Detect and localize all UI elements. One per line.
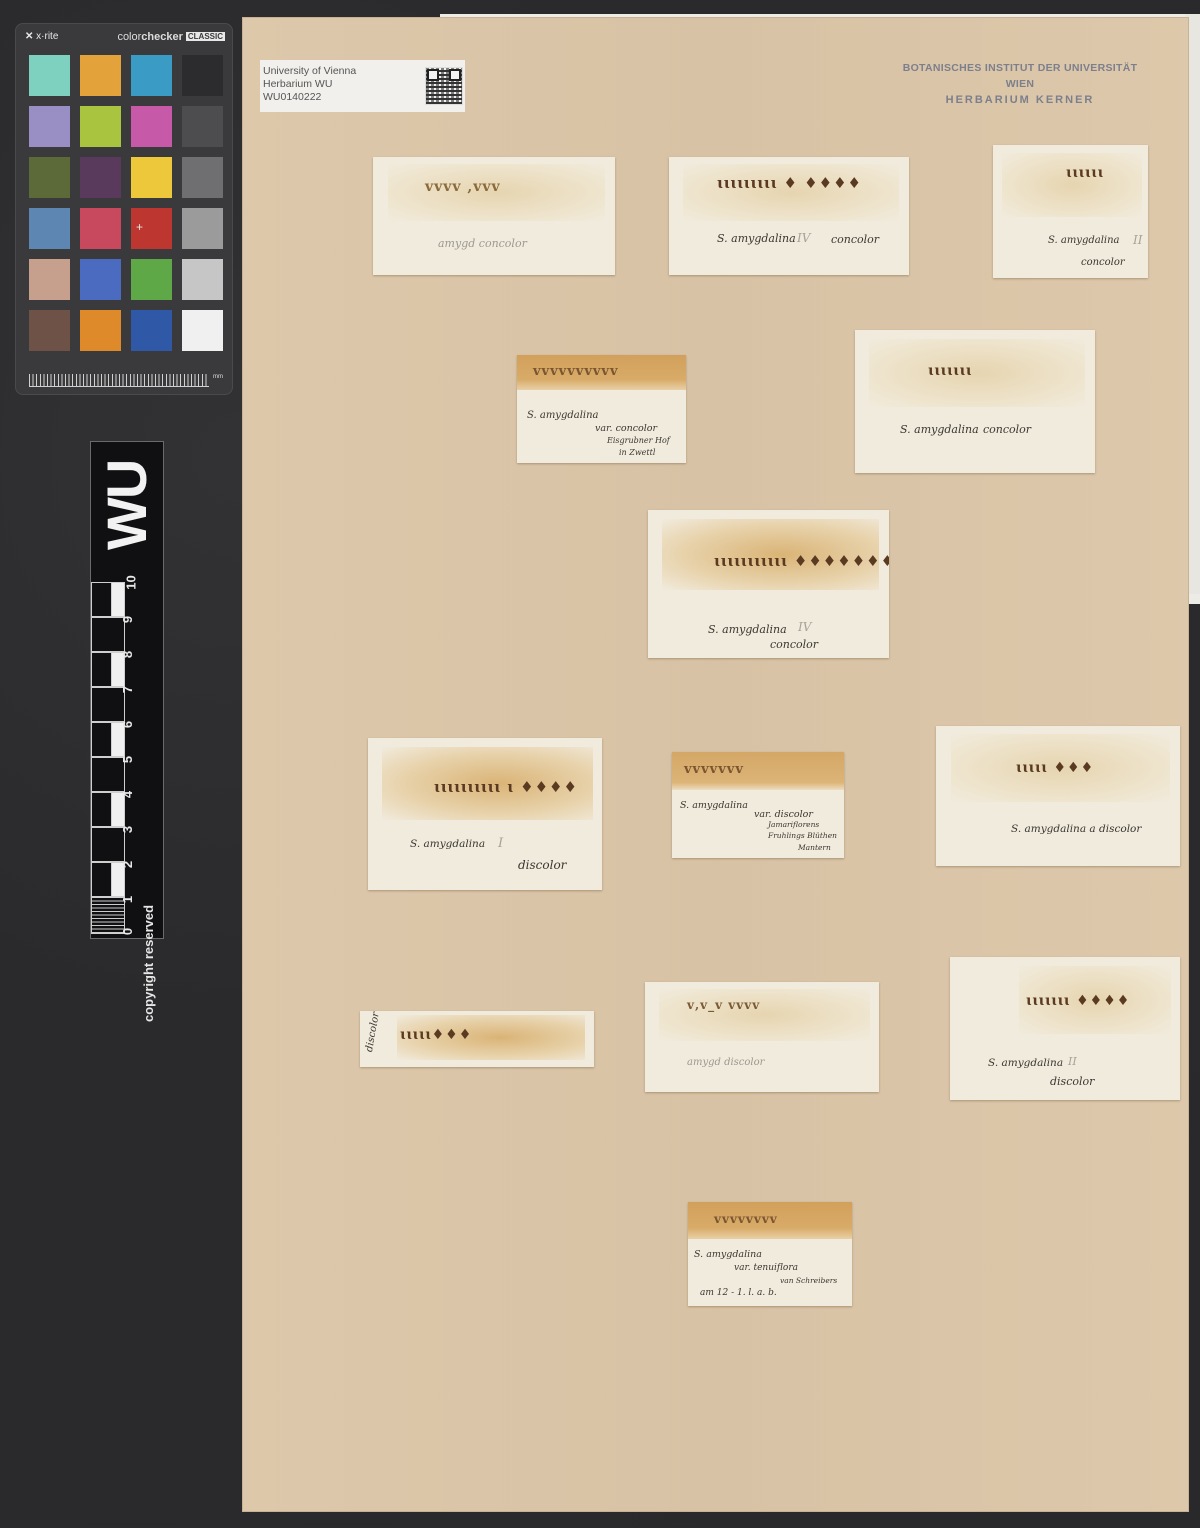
scale-bar: WU 10 9 8 7 6 5 4 3 2 1 0 copyright rese… bbox=[90, 441, 164, 939]
institution-name: University of Vienna bbox=[263, 65, 356, 78]
specimen-card: ɩɩɩɩɩɩɩɩɩɩɩ ♦♦♦♦♦♦♦♦ S. amygdalina IV co… bbox=[648, 510, 889, 658]
color-patch bbox=[182, 208, 223, 249]
herbarium-name: Herbarium WU bbox=[263, 78, 356, 91]
color-patch bbox=[182, 55, 223, 96]
color-patch-grid bbox=[29, 55, 223, 351]
specimen-card: ⅴⅴⅴⅴⅴⅴⅴⅴⅴⅴ S. amygdalina var. concolor E… bbox=[517, 355, 686, 463]
color-patch bbox=[29, 106, 70, 147]
qr-code-icon bbox=[425, 67, 463, 105]
barcode-id: WU0140222 bbox=[263, 91, 356, 104]
color-patch bbox=[80, 106, 121, 147]
colorchecker-title: colorcheckerCLASSIC bbox=[117, 31, 225, 43]
color-patch bbox=[80, 55, 121, 96]
color-patch bbox=[131, 106, 172, 147]
color-patch bbox=[131, 55, 172, 96]
color-patch bbox=[80, 259, 121, 300]
mm-ruler bbox=[29, 374, 209, 387]
ruler-unit: mm bbox=[213, 374, 223, 380]
color-patch bbox=[29, 208, 70, 249]
herbarium-stamp: BOTANISCHES INSTITUT DER UNIVERSITÄT WIE… bbox=[895, 60, 1145, 108]
color-patch bbox=[182, 106, 223, 147]
specimen-card: ɩɩɩɩɩɩɩɩɩ ♦ ♦♦♦♦ S. amygdalina IV concol… bbox=[669, 157, 909, 275]
color-patch bbox=[182, 259, 223, 300]
crosshair-icon: + bbox=[136, 221, 143, 233]
color-patch bbox=[182, 157, 223, 198]
specimen-card: ⅴⅴⅴⅴⅴⅴⅴ S. amygdalina var. discolor Jama… bbox=[672, 752, 844, 858]
color-patch bbox=[29, 55, 70, 96]
specimen-card: ⅴ,ⅴ_ⅴ ⅴⅴⅴⅴ amygd discolor bbox=[645, 982, 879, 1092]
color-patch bbox=[80, 208, 121, 249]
color-patch bbox=[29, 310, 70, 351]
xrite-logo: ✕ x·rite bbox=[25, 31, 58, 42]
specimen-card: ⅴⅴⅴⅴ ,ⅴⅴⅴ amygd concolor bbox=[373, 157, 615, 275]
specimen-card: ɩɩɩɩɩɩ S. amygdalina II concolor bbox=[993, 145, 1148, 278]
specimen-card: ɩɩɩɩɩɩɩ ♦♦♦♦ S. amygdalina II discolor bbox=[950, 957, 1180, 1100]
copyright-text: copyright reserved bbox=[141, 842, 156, 1022]
color-patch bbox=[131, 259, 172, 300]
color-patch bbox=[80, 157, 121, 198]
specimen-card: discolor ɩɩɩɩɩ♦♦♦ bbox=[360, 1011, 594, 1067]
institution-label: University of Vienna Herbarium WU WU0140… bbox=[260, 60, 465, 112]
specimen-card: ɩɩɩɩɩɩɩ S. amygdalina concolor bbox=[855, 330, 1095, 473]
color-patch bbox=[131, 157, 172, 198]
color-checker-card: ✕ x·rite colorcheckerCLASSIC + mm bbox=[15, 23, 233, 395]
specimen-card: ɩɩɩɩɩ ♦♦♦ S. amygdalina a discolor bbox=[936, 726, 1180, 866]
color-patch bbox=[131, 310, 172, 351]
color-patch bbox=[29, 157, 70, 198]
color-patch bbox=[80, 310, 121, 351]
color-patch bbox=[182, 310, 223, 351]
wu-logo: WU bbox=[99, 470, 155, 550]
color-patch bbox=[29, 259, 70, 300]
specimen-card: ɩɩɩɩɩɩɩɩɩɩ ɩ ♦♦♦♦ S. amygdalina I discol… bbox=[368, 738, 602, 890]
specimen-card: ⅴⅴⅴⅴⅴⅴⅴⅴ S. amygdalina var. tenuiflora v… bbox=[688, 1202, 852, 1306]
